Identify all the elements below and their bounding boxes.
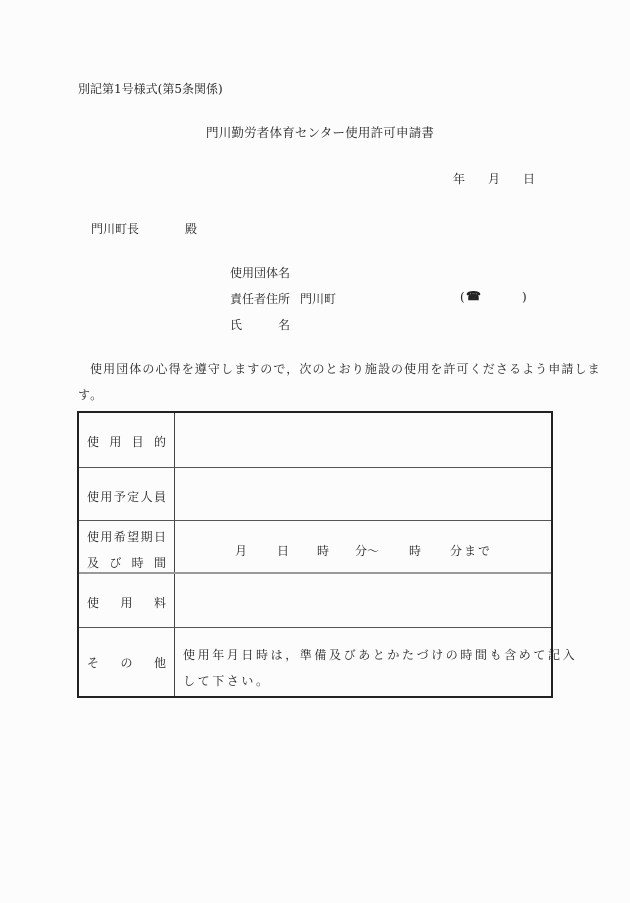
- notes-line-2: して下さい。: [183, 668, 577, 694]
- label-char: 目: [132, 433, 144, 450]
- date-day-label: 日: [523, 170, 535, 187]
- address-label: 責任者住所: [230, 290, 290, 307]
- label-char: 間: [154, 554, 166, 571]
- notes-line-1: 使用年月日時は，準備及びあとかたづけの時間も含めて記入: [183, 642, 577, 668]
- label-char: 定: [127, 488, 139, 505]
- label-char: 望: [127, 528, 139, 545]
- schedule-end-minute: 分まで: [450, 542, 492, 559]
- schedule-start-minute: 分～: [355, 542, 379, 559]
- label-char: 人: [141, 488, 153, 505]
- schedule-end-hour: 時: [409, 542, 421, 559]
- attendees-label-cell: 使 用 予 定 人 員: [79, 468, 175, 520]
- label-char: 料: [154, 594, 166, 611]
- datetime-label-cell: 使 用 希 望 期 日 及 び 時 間: [79, 521, 175, 572]
- label-char: 的: [154, 433, 166, 450]
- form-label: 別記第1号様式(第5条関係): [78, 80, 223, 97]
- datetime-value-cell[interactable]: 月 日 時 分～ 時 分まで: [175, 521, 551, 572]
- label-char: 用: [100, 528, 112, 545]
- label-char: 使: [87, 594, 99, 611]
- addressee-suffix: 殿: [185, 220, 197, 237]
- label-char: そ: [87, 654, 99, 671]
- fee-label-cell: 使 用 料: [79, 574, 175, 627]
- table-row-usage-fee: 使 用 料: [79, 574, 551, 628]
- label-char: 用: [120, 594, 132, 611]
- label-char: 用: [100, 488, 112, 505]
- label-char: 使: [87, 488, 99, 505]
- phone-open-paren: (: [460, 290, 465, 304]
- label-char: 用: [109, 433, 121, 450]
- label-char: 予: [114, 488, 126, 505]
- purpose-label-cell: 使 用 目 的: [79, 413, 175, 467]
- label-char: 希: [114, 528, 126, 545]
- fee-value-cell[interactable]: [175, 574, 551, 627]
- group-name-label: 使用団体名: [230, 264, 290, 281]
- label-char: 期: [141, 528, 153, 545]
- label-char: び: [109, 554, 121, 571]
- label-char: 日: [154, 528, 166, 545]
- label-char: 及: [87, 554, 99, 571]
- application-table: 使 用 目 的 使 用 予 定 人 員 使 用 希: [77, 411, 553, 698]
- other-label-cell: そ の 他: [79, 628, 175, 696]
- statement-line-2: す。: [78, 386, 103, 403]
- other-value-cell[interactable]: 使用年月日時は，準備及びあとかたづけの時間も含めて記入 して下さい。: [175, 628, 551, 696]
- schedule-start-hour: 時: [317, 542, 329, 559]
- phone-icon: ☎: [466, 289, 481, 303]
- attendees-value-cell[interactable]: [175, 468, 551, 520]
- statement-line-1: 使用団体の心得を遵守しますので，次のとおり施設の使用を許可くださるよう申請しま: [90, 360, 601, 377]
- label-char: 使: [87, 528, 99, 545]
- other-notes: 使用年月日時は，準備及びあとかたづけの時間も含めて記入 して下さい。: [183, 642, 577, 694]
- name-label-char-1: 氏: [230, 316, 242, 333]
- address-value: 門川町: [300, 290, 336, 307]
- label-char: の: [120, 654, 132, 671]
- label-char: 使: [87, 433, 99, 450]
- name-label-char-2: 名: [278, 316, 290, 333]
- table-row-requested-datetime: 使 用 希 望 期 日 及 び 時 間 月 日 時 分～ 時 分まで: [79, 521, 551, 574]
- date-year-label: 年: [453, 170, 465, 187]
- document-title: 門川勤労者体育センター使用許可申請書: [206, 123, 434, 141]
- addressee-name: 門川町長: [91, 220, 139, 237]
- table-row-other: そ の 他 使用年月日時は，準備及びあとかたづけの時間も含めて記入 して下さい。: [79, 628, 551, 696]
- label-char: 時: [132, 554, 144, 571]
- date-month-label: 月: [488, 170, 500, 187]
- table-row-expected-attendees: 使 用 予 定 人 員: [79, 468, 551, 521]
- table-row-purpose: 使 用 目 的: [79, 413, 551, 468]
- schedule-month: 月: [235, 542, 247, 559]
- phone-close-paren: ): [522, 290, 527, 304]
- label-char: 他: [154, 654, 166, 671]
- purpose-value-cell[interactable]: [175, 413, 551, 467]
- label-char: 員: [154, 488, 166, 505]
- schedule-day: 日: [277, 542, 289, 559]
